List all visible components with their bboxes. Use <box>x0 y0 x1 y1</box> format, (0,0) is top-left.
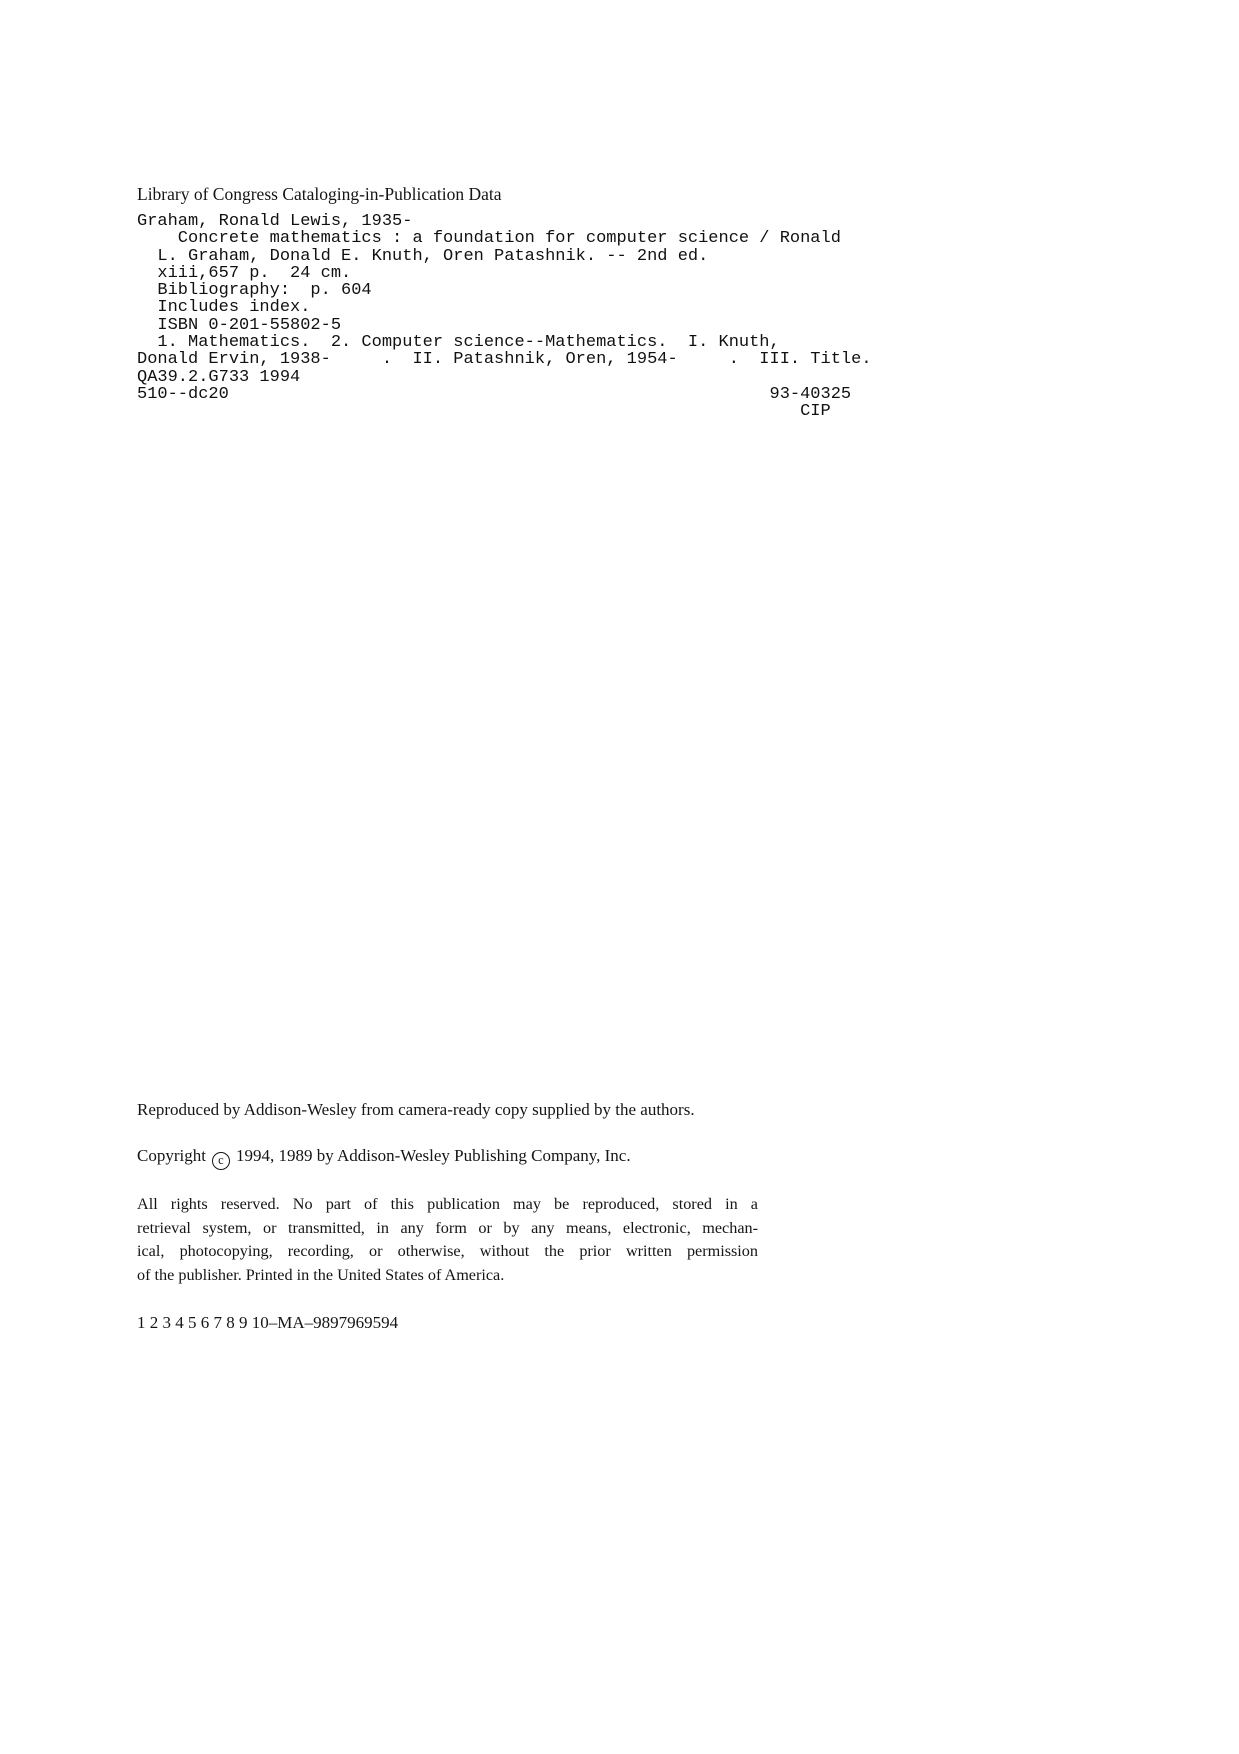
rights-line-2: retrieval system, or transmitted, in any… <box>137 1217 758 1241</box>
copyright-symbol-icon: c <box>212 1152 230 1170</box>
rights-line-3: ical, photocopying, recording, or otherw… <box>137 1240 758 1264</box>
cip-data-block: Graham, Ronald Lewis, 1935- Concrete mat… <box>137 213 872 421</box>
copyright-line: Copyrightc1994, 1989 by Addison-Wesley P… <box>137 1146 631 1170</box>
copyright-page: Library of Congress Cataloging-in-Public… <box>0 0 1239 1754</box>
printing-history-line: 1 2 3 4 5 6 7 8 9 10–MA–9897969594 <box>137 1313 398 1333</box>
copyright-years-publisher: 1994, 1989 by Addison-Wesley Publishing … <box>236 1146 631 1165</box>
rights-paragraph: All rights reserved. No part of this pub… <box>137 1193 758 1288</box>
rights-line-1: All rights reserved. No part of this pub… <box>137 1193 758 1217</box>
rights-line-4: of the publisher. Printed in the United … <box>137 1264 758 1288</box>
loc-cataloging-heading: Library of Congress Cataloging-in-Public… <box>137 184 502 205</box>
copyright-word: Copyright <box>137 1146 206 1165</box>
reproduced-by-line: Reproduced by Addison-Wesley from camera… <box>137 1100 695 1120</box>
